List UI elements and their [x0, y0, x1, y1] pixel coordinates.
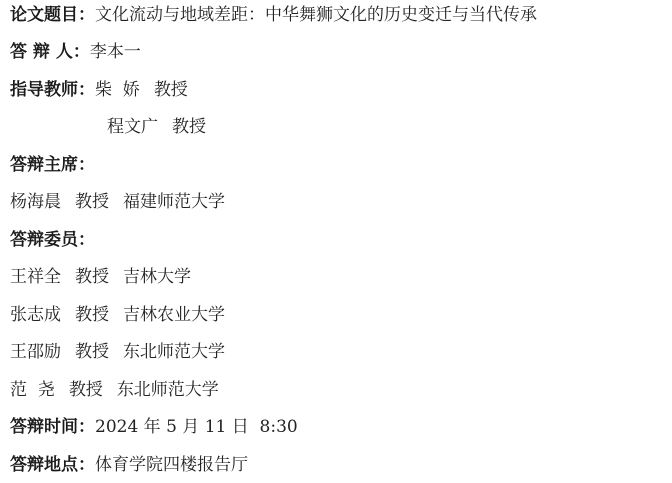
advisor-row-1: 指导教师：柴 娇教授 [10, 77, 188, 103]
defense-time-row: 答辩时间：2024 年 5 月 11 日 8:30 [10, 414, 298, 440]
member-title: 教授 [75, 264, 109, 290]
member-affiliation: 东北师范大学 [123, 339, 225, 365]
chair-label: 答辩主席： [10, 152, 95, 178]
thesis-title-value: 文化流动与地域差距：中华舞狮文化的历史变迁与当代传承 [95, 2, 537, 28]
member-affiliation: 吉林大学 [123, 264, 191, 290]
thesis-title-label: 论文题目： [10, 2, 95, 28]
thesis-title-row: 论文题目：文化流动与地域差距：中华舞狮文化的历史变迁与当代传承 [10, 2, 537, 28]
committee-member-row: 张志成教授吉林农业大学 [10, 302, 225, 328]
member-name: 杨海晨 [10, 189, 61, 215]
member-title: 教授 [75, 302, 109, 328]
advisor-name: 程文广 [107, 114, 158, 140]
member-title: 教授 [69, 377, 103, 403]
defense-time-label: 答辩时间： [10, 414, 95, 440]
member-title: 教授 [75, 339, 109, 365]
member-affiliation: 吉林农业大学 [123, 302, 225, 328]
defense-location-label: 答辩地点： [10, 452, 95, 478]
committee-member-row: 范 尧教授东北师范大学 [10, 377, 219, 403]
defense-time-value: 2024 年 5 月 11 日 8:30 [95, 414, 298, 440]
defense-location-value: 体育学院四楼报告厅 [95, 452, 248, 478]
member-affiliation: 东北师范大学 [117, 377, 219, 403]
defender-value: 李本一 [90, 39, 141, 65]
committee-member-row: 王祥全教授吉林大学 [10, 264, 191, 290]
committee-heading-row: 答辩委员： [10, 227, 95, 253]
defense-location-row: 答辩地点：体育学院四楼报告厅 [10, 452, 248, 478]
member-name: 王邵励 [10, 339, 61, 365]
member-name: 范 尧 [10, 377, 55, 403]
chair-heading-row: 答辩主席： [10, 152, 95, 178]
advisors-label: 指导教师： [10, 77, 95, 103]
advisor-title: 教授 [172, 114, 206, 140]
member-title: 教授 [75, 189, 109, 215]
advisor-name: 柴 娇 [95, 77, 140, 103]
member-name: 王祥全 [10, 264, 61, 290]
chair-member-row: 杨海晨教授福建师范大学 [10, 189, 225, 215]
member-affiliation: 福建师范大学 [123, 189, 225, 215]
committee-member-row: 王邵励教授东北师范大学 [10, 339, 225, 365]
advisor-title: 教授 [154, 77, 188, 103]
advisor-row-2: 程文广教授 [10, 114, 206, 140]
committee-label: 答辩委员： [10, 227, 95, 253]
defender-label: 答 辩 人： [10, 39, 90, 65]
defender-row: 答 辩 人：李本一 [10, 39, 141, 65]
member-name: 张志成 [10, 302, 61, 328]
